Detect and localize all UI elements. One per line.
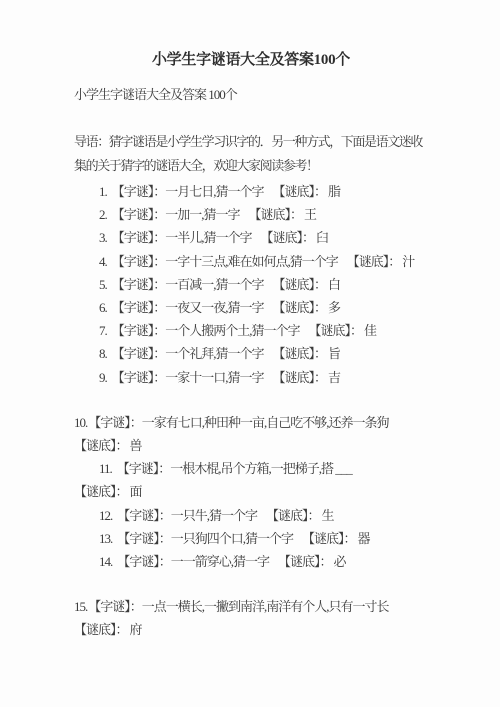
riddle-item: 14.【字谜】：一一箭穿心,猜一字【谜底】：必 — [74, 550, 428, 573]
item-number: 11. — [99, 461, 112, 476]
riddle-label: 【字谜】： — [117, 554, 171, 569]
riddle-text: 一字十三点,难在如何点,猜一个字 — [165, 254, 338, 269]
answer-text: 兽 — [130, 438, 142, 453]
item-number: 15. — [74, 599, 87, 614]
riddle-text: 一个礼拜,猜一个字 — [165, 346, 263, 361]
riddle-label: 【字谜】： — [112, 254, 166, 269]
answer-text: 脂 — [328, 184, 340, 199]
answer-text: 器 — [358, 531, 370, 546]
riddle-text: 一半儿,猜一个字 — [165, 230, 251, 245]
answer-text: 吉 — [328, 370, 340, 385]
answer-text: 白 — [328, 277, 340, 292]
answer-label: 【谜底】： — [273, 300, 327, 315]
riddle-item: 4.【字谜】：一字十三点,难在如何点,猜一个字【谜底】：汁 — [74, 250, 428, 273]
riddle-text: 一加一,猜一字 — [165, 207, 239, 222]
riddle-text: 一个人搬两个土,猜一个字 — [165, 323, 299, 338]
riddle-text: 一只牛,猜一个字 — [171, 508, 257, 523]
answer-label: 【谜底】： — [74, 622, 128, 637]
item-number: 6. — [99, 300, 107, 315]
riddle-text: 一点一横长,一撇到南洋,南洋有个人,只有一寸长 — [142, 599, 389, 614]
answer-label: 【谜底】： — [273, 370, 327, 385]
riddle-label: 【字谜】： — [112, 184, 166, 199]
answer-label: 【谜底】： — [74, 484, 128, 499]
answer-label: 【谜底】： — [278, 554, 332, 569]
item-number: 2. — [99, 207, 107, 222]
answer-text: 臼 — [316, 230, 328, 245]
riddle-item: 7.【字谜】：一个人搬两个土,猜一个字【谜底】：佳 — [74, 319, 428, 342]
answer-label: 【谜底】： — [273, 184, 327, 199]
riddle-item: 3.【字谜】：一半儿,猜一个字【谜底】：臼 — [74, 226, 428, 249]
riddle-item: 6.【字谜】：一夜又一夜,猜一字【谜底】：多 — [74, 296, 428, 319]
riddle-item: 8.【字谜】：一个礼拜,猜一个字【谜底】：旨 — [74, 342, 428, 365]
item-number: 10. — [74, 415, 87, 430]
answer-text: 佳 — [364, 323, 376, 338]
answer-text: 汁 — [402, 254, 414, 269]
riddle-label: 【字谜】： — [88, 415, 142, 430]
answer-label: 【谜底】： — [249, 207, 303, 222]
intro-paragraph: 导语：猜字谜语是小学生学习识字的．另一种方式，下面是语文迷收集的关于猜字的谜语大… — [74, 130, 428, 178]
riddle-item: 2.【字谜】：一加一,猜一字【谜底】：王 — [74, 203, 428, 226]
riddle-text: 一月七日,猜一个字 — [165, 184, 263, 199]
riddle-text: 一一箭穿心,猜一字 — [171, 554, 269, 569]
riddle-text: 一根木棍,吊个方箱,一把梯子,搭 ___ — [170, 461, 352, 476]
item-number: 5. — [99, 277, 107, 292]
answer-label: 【谜底】： — [302, 531, 356, 546]
riddle-label: 【字谜】： — [117, 531, 171, 546]
riddle-item: 13.【字谜】：一只狗四个口,猜一个字【谜底】：器 — [74, 527, 428, 550]
riddle-label: 【字谜】： — [117, 508, 171, 523]
item-number: 4. — [99, 254, 107, 269]
item-number: 1. — [99, 184, 107, 199]
answer-text: 王 — [304, 207, 316, 222]
answer-text: 多 — [328, 300, 340, 315]
riddle-item: 1.【字谜】：一月七日,猜一个字【谜底】：脂 — [74, 180, 428, 203]
item-number: 9. — [99, 370, 107, 385]
riddle-label: 【字谜】： — [88, 599, 142, 614]
riddle-label: 【字谜】： — [112, 230, 166, 245]
riddle-label: 【字谜】： — [117, 461, 171, 476]
page-title: 小学生字谜语大全及答案100个 — [74, 50, 428, 70]
riddle-item: 10.【字谜】：一家有七口,种田种一亩,自己吃不够,还养一条狗 — [74, 411, 428, 434]
riddle-label: 【字谜】： — [112, 323, 166, 338]
answer-text: 旨 — [328, 346, 340, 361]
riddle-text: 一百减一,猜一个字 — [165, 277, 263, 292]
answer-label: 【谜底】： — [261, 230, 315, 245]
answer-line: 【谜底】：面 — [74, 480, 428, 503]
riddle-item: 15.【字谜】：一点一横长,一撇到南洋,南洋有个人,只有一寸长 — [74, 595, 428, 618]
answer-text: 府 — [130, 622, 142, 637]
answer-label: 【谜底】： — [273, 277, 327, 292]
answer-label: 【谜底】： — [74, 438, 128, 453]
page-subtitle: 小学生字谜语大全及答案 100个 — [74, 86, 428, 104]
riddle-list: 1.【字谜】：一月七日,猜一个字【谜底】：脂2.【字谜】：一加一,猜一字【谜底】… — [74, 180, 428, 642]
item-number: 14. — [99, 554, 112, 569]
riddle-item: 12.【字谜】：一只牛,猜一个字【谜底】：生 — [74, 504, 428, 527]
riddle-text: 一家有七口,种田种一亩,自己吃不够,还养一条狗 — [142, 415, 389, 430]
answer-line: 【谜底】：府 — [74, 618, 428, 641]
answer-label: 【谜底】： — [273, 346, 327, 361]
item-number: 12. — [99, 508, 112, 523]
answer-line: 【谜底】：兽 — [74, 434, 428, 457]
riddle-label: 【字谜】： — [112, 346, 166, 361]
riddle-text: 一夜又一夜,猜一字 — [165, 300, 263, 315]
riddle-text: 一只狗四个口,猜一个字 — [171, 531, 293, 546]
riddle-item: 11.【字谜】：一根木棍,吊个方箱,一把梯子,搭 ___ — [74, 457, 428, 480]
riddle-text: 一家十一口,猜一字 — [165, 370, 263, 385]
document-page: 小学生字谜语大全及答案100个 小学生字谜语大全及答案 100个 导语：猜字谜语… — [0, 0, 500, 707]
item-number: 7. — [99, 323, 107, 338]
item-number: 3. — [99, 230, 107, 245]
answer-text: 必 — [334, 554, 346, 569]
answer-label: 【谜底】： — [347, 254, 401, 269]
answer-label: 【谜底】： — [266, 508, 320, 523]
riddle-item: 5.【字谜】：一百减一,猜一个字【谜底】：白 — [74, 273, 428, 296]
answer-text: 生 — [322, 508, 334, 523]
riddle-label: 【字谜】： — [112, 300, 166, 315]
answer-label: 【谜底】： — [309, 323, 363, 338]
item-number: 13. — [99, 531, 112, 546]
item-number: 8. — [99, 346, 107, 361]
riddle-label: 【字谜】： — [112, 277, 166, 292]
answer-text: 面 — [130, 484, 142, 499]
riddle-item: 9.【字谜】：一家十一口,猜一字【谜底】：吉 — [74, 366, 428, 389]
riddle-label: 【字谜】： — [112, 207, 166, 222]
riddle-label: 【字谜】： — [112, 370, 166, 385]
